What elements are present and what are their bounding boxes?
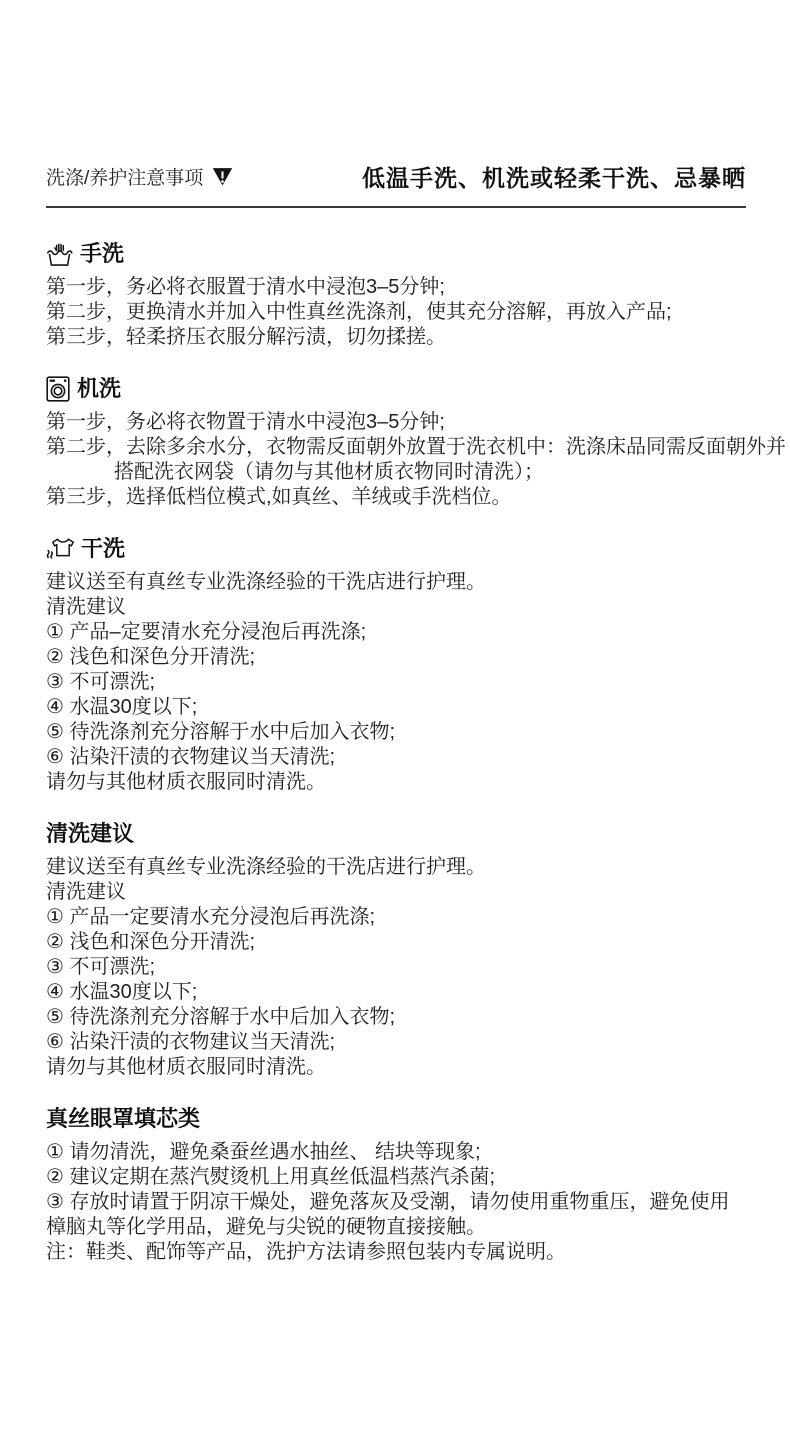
section-dry-clean: 干洗 建议送至有真丝专业洗涤经验的干洗店进行护理。 清洗建议 ① 产品–定要清水… [46,536,746,795]
list-item-line: ⑥ 沾染汗渍的衣物建议当天清洗; [46,745,746,770]
care-text-line: 请勿与其他材质衣服同时清洗。 [46,770,746,795]
care-step-line-continuation: 搭配洗衣网袋（请勿与其他材质衣物同时清洗）； [46,460,746,485]
machine-wash-title: 机洗 [77,376,121,402]
dry-clean-heading: 干洗 [46,536,746,562]
list-item-line: ② 建议定期在蒸汽熨烫机上用真丝低温档蒸汽杀菌; [46,1165,746,1190]
section-machine-wash: 机洗 第一步，务必将衣物置于清水中浸泡3–5分钟; 第二步，去除多余水分，衣物需… [46,376,746,510]
care-step-line: 第一步，务必将衣物置于清水中浸泡3–5分钟; [46,410,746,435]
hand-wash-heading: 手洗 [46,241,746,267]
list-item-line: ① 产品一定要清水充分浸泡后再洗涤; [46,905,746,930]
care-text-line: 建议送至有真丝专业洗涤经验的干洗店进行护理。 [46,570,746,595]
list-item-line: ⑤ 待洗涤剂充分溶解于水中后加入衣物; [46,1005,746,1030]
care-step-line: 第二步，更换清水并加入中性真丝洗涤剂，使其充分溶解，再放入产品; [46,300,746,325]
warning-icon [212,167,233,186]
dry-clean-title: 干洗 [81,536,125,562]
washing-machine-icon [46,376,70,402]
header-left: 洗涤/养护注意事项 [46,163,233,190]
list-item-line: ② 浅色和深色分开清洗; [46,645,746,670]
care-text-line: 建议送至有真丝专业洗涤经验的干洗店进行护理。 [46,855,746,880]
list-item-continuation-line: 樟脑丸等化学用品，避免与尖锐的硬物直接接触。 [46,1215,746,1240]
care-text-line: 清洗建议 [46,880,746,905]
section-silk-eyemask-filling: 真丝眼罩填芯类 ① 请勿清洗，避免桑蚕丝遇水抽丝、 结块等现象; ② 建议定期在… [46,1106,746,1265]
hand-wash-title: 手洗 [80,241,124,267]
section-wash-advice: 清洗建议 建议送至有真丝专业洗涤经验的干洗店进行护理。 清洗建议 ① 产品一定要… [46,821,746,1080]
header-left-title: 洗涤/养护注意事项 [46,163,203,190]
header-divider [46,206,746,208]
care-text-line: 清洗建议 [46,595,746,620]
care-text-line: 请勿与其他材质衣服同时清洗。 [46,1055,746,1080]
list-item-line: ③ 不可漂洗; [46,670,746,695]
list-item-line: ③ 不可漂洗; [46,955,746,980]
list-item-line: ② 浅色和深色分开清洗; [46,930,746,955]
list-item-line: ⑥ 沾染汗渍的衣物建议当天清洗; [46,1030,746,1055]
header-right-title: 低温手洗、机洗或轻柔干洗、忌暴晒 [362,160,746,193]
list-item-line: ③ 存放时请置于阴凉干燥处，避免落灰及受潮，请勿使用重物重压，避免使用 [46,1190,746,1215]
list-item-line: ① 请勿清洗，避免桑蚕丝遇水抽丝、 结块等现象; [46,1140,746,1165]
wash-advice-heading: 清洗建议 [46,821,746,847]
silk-eyemask-title: 真丝眼罩填芯类 [46,1106,200,1132]
list-item-line: ④ 水温30度以下; [46,980,746,1005]
garment-steam-icon [46,537,74,561]
care-step-line: 第二步，去除多余水分，衣物需反面朝外放置于洗衣机中：洗涤床品同需反面朝外并 [46,435,746,460]
care-step-line: 第三步，选择低档位模式,如真丝、羊绒或手洗档位。 [46,485,746,510]
care-step-line: 第三步，轻柔挤压衣服分解污渍，切勿揉搓。 [46,325,746,350]
handwash-basin-icon [46,242,73,267]
list-item-line: ① 产品–定要清水充分浸泡后再洗涤; [46,620,746,645]
list-item-line: ④ 水温30度以下; [46,695,746,720]
care-step-line: 第一步，务必将衣服置于清水中浸泡3–5分钟; [46,275,746,300]
note-line: 注：鞋类、配饰等产品，洗护方法请参照包装内专属说明。 [46,1240,746,1265]
silk-eyemask-heading: 真丝眼罩填芯类 [46,1106,746,1132]
care-instructions-page: 洗涤/养护注意事项 低温手洗、机洗或轻柔干洗、忌暴晒 [0,0,790,1446]
list-item-line: ⑤ 待洗涤剂充分溶解于水中后加入衣物; [46,720,746,745]
wash-advice-title: 清洗建议 [46,821,134,847]
section-hand-wash: 手洗 第一步，务必将衣服置于清水中浸泡3–5分钟; 第二步，更换清水并加入中性真… [46,241,746,350]
machine-wash-heading: 机洗 [46,376,746,402]
header: 洗涤/养护注意事项 低温手洗、机洗或轻柔干洗、忌暴晒 [46,160,746,193]
